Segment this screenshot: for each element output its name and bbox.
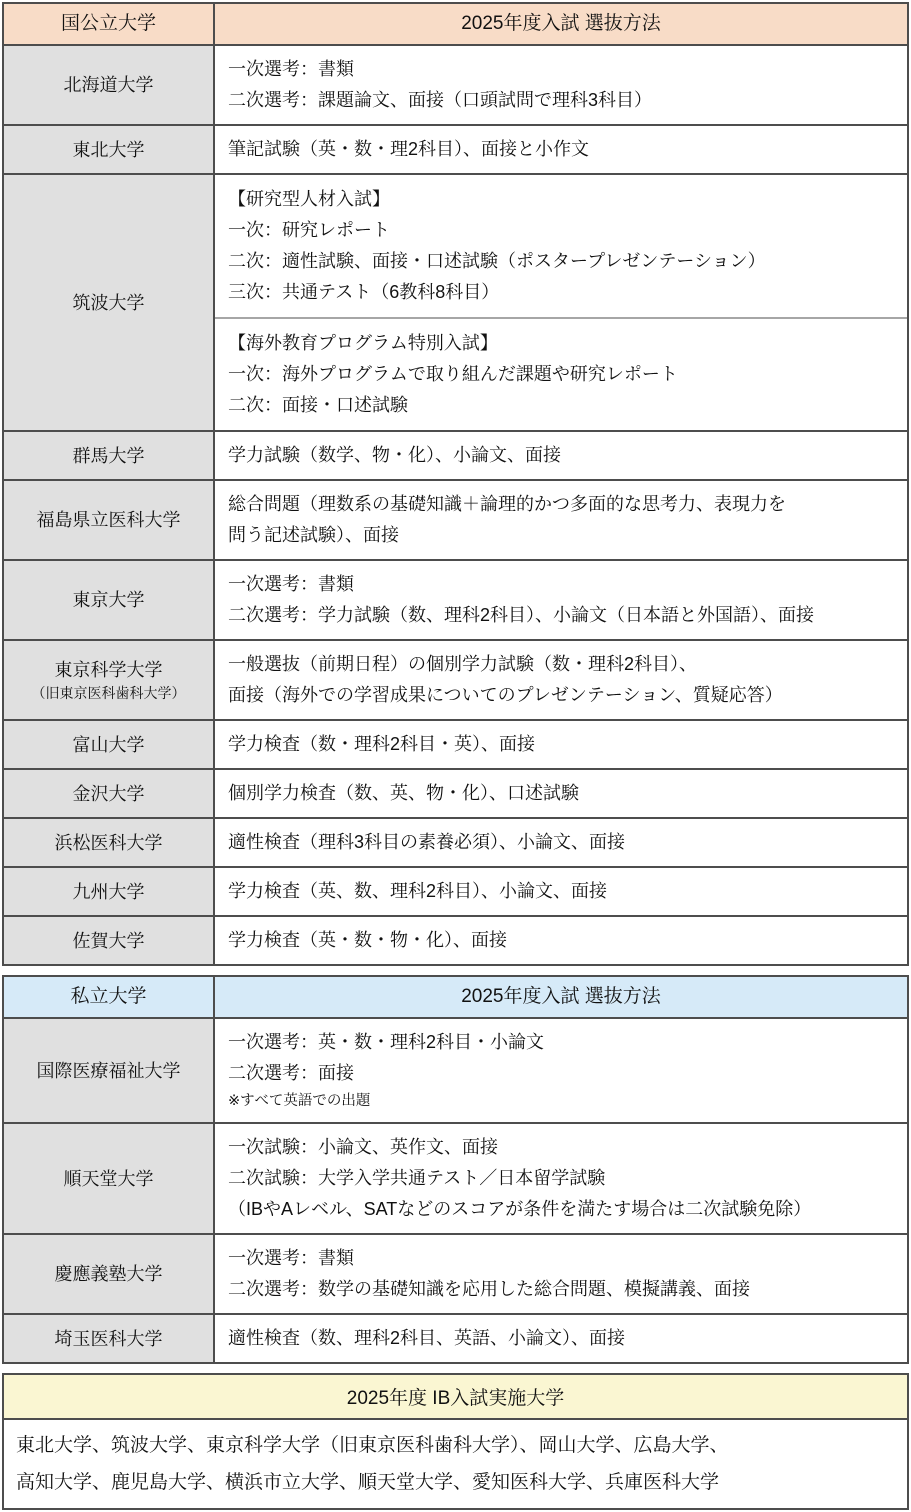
selection-method-cell: 総合問題（理数系の基礎知識＋論理的かつ多面的な思考力、表現力を問う記述試験）、面…	[215, 481, 907, 559]
university-name-cell: 東京科学大学（旧東京医科歯科大学）	[4, 641, 215, 719]
method-line: 三次：共通テスト（6教科8科目）	[228, 277, 894, 308]
method-line: 一次選考：書類	[228, 1243, 894, 1274]
university-name-cell: 慶應義塾大学	[4, 1235, 215, 1313]
method-line: 個別学力検査（数、英、物・化）、口述試験	[228, 778, 894, 809]
university-name-cell: 東京大学	[4, 561, 215, 639]
private-header-title: 2025年度入試 選抜方法	[215, 977, 907, 1017]
page: 国公立大学 2025年度入試 選抜方法 北海道大学一次選考：書類二次選考：課題論…	[0, 0, 911, 1512]
university-name: 国際医療福祉大学	[37, 1059, 181, 1083]
table-row: 浜松医科大学適性検査（理科3科目の素養必須）、小論文、面接	[4, 817, 907, 866]
university-name: 東京大学	[73, 588, 145, 612]
selection-method-cell: 個別学力検査（数、英、物・化）、口述試験	[215, 770, 907, 817]
selection-method-cell: 適性検査（数、理科2科目、英語、小論文）、面接	[215, 1315, 907, 1362]
method-line: 一次選考：書類	[228, 54, 894, 85]
university-name-cell: 佐賀大学	[4, 917, 215, 964]
university-name: 順天堂大学	[64, 1167, 154, 1191]
ib-header-row: 2025年度 IB入試実施大学	[4, 1375, 907, 1418]
method-line: 二次選考：面接	[228, 1058, 894, 1089]
selection-method-cell: 学力検査（数・理科2科目・英）、面接	[215, 721, 907, 768]
method-line: 【研究型人材入試】	[228, 184, 894, 215]
method-line: 総合問題（理数系の基礎知識＋論理的かつ多面的な思考力、表現力を	[228, 489, 894, 520]
national-universities-table: 国公立大学 2025年度入試 選抜方法 北海道大学一次選考：書類二次選考：課題論…	[2, 2, 909, 966]
university-name-cell: 国際医療福祉大学	[4, 1019, 215, 1122]
university-name: 慶應義塾大学	[55, 1262, 163, 1286]
university-name: 東京科学大学	[55, 658, 163, 682]
table-row: 福島県立医科大学総合問題（理数系の基礎知識＋論理的かつ多面的な思考力、表現力を問…	[4, 479, 907, 559]
table-row: 埼玉医科大学適性検査（数、理科2科目、英語、小論文）、面接	[4, 1313, 907, 1362]
method-line: 適性検査（理科3科目の素養必須）、小論文、面接	[228, 827, 894, 858]
university-name-cell: 富山大学	[4, 721, 215, 768]
method-line: 二次選考：数学の基礎知識を応用した総合問題、模擬講義、面接	[228, 1274, 894, 1305]
university-name-cell: 群馬大学	[4, 432, 215, 479]
table-row: 国際医療福祉大学一次選考：英・数・理科2科目・小論文二次選考：面接※すべて英語で…	[4, 1017, 907, 1122]
university-name-cell: 東北大学	[4, 126, 215, 173]
selection-method-cell: 学力試験（数学、物・化）、小論文、面接	[215, 432, 907, 479]
university-name: 富山大学	[73, 733, 145, 757]
ib-universities-table: 2025年度 IB入試実施大学 東北大学、筑波大学、東京科学大学（旧東京医科歯科…	[2, 1373, 909, 1510]
university-name: 筑波大学	[73, 291, 145, 315]
university-name-note: （旧東京医科歯科大学）	[32, 684, 186, 703]
selection-method-cell: 一次選考：英・数・理科2科目・小論文二次選考：面接※すべて英語での出題	[215, 1019, 907, 1122]
ib-universities-line: 高知大学、鹿児島大学、横浜市立大学、順天堂大学、愛知医科大学、兵庫医科大学	[16, 1464, 895, 1501]
method-line: 学力試験（数学、物・化）、小論文、面接	[228, 440, 894, 471]
table-row: 東京大学一次選考：書類二次選考：学力試験（数、理科2科目）、小論文（日本語と外国…	[4, 559, 907, 639]
table-row: 北海道大学一次選考：書類二次選考：課題論文、面接（口頭試問で理科3科目）	[4, 44, 907, 124]
method-line: 一次：海外プログラムで取り組んだ課題や研究レポート	[228, 359, 894, 390]
selection-method-cell: 一次試験：小論文、英作文、面接二次試験：大学入学共通テスト／日本留学試験（IBや…	[215, 1124, 907, 1233]
selection-method-cell: 学力検査（英・数・物・化）、面接	[215, 917, 907, 964]
selection-method-cell: 一次選考：書類二次選考：課題論文、面接（口頭試問で理科3科目）	[215, 46, 907, 124]
private-universities-table: 私立大学 2025年度入試 選抜方法 国際医療福祉大学一次選考：英・数・理科2科…	[2, 975, 909, 1364]
method-line: （IBやAレベル、SATなどのスコアが条件を満たす場合は二次試験免除）	[228, 1194, 894, 1225]
university-name-cell: 浜松医科大学	[4, 819, 215, 866]
table-row: 佐賀大学学力検査（英・数・物・化）、面接	[4, 915, 907, 964]
ib-body-row: 東北大学、筑波大学、東京科学大学（旧東京医科歯科大学）、岡山大学、広島大学、高知…	[4, 1418, 907, 1508]
ib-universities-list: 東北大学、筑波大学、東京科学大学（旧東京医科歯科大学）、岡山大学、広島大学、高知…	[4, 1420, 907, 1508]
selection-method-subcell: 【海外教育プログラム特別入試】一次：海外プログラムで取り組んだ課題や研究レポート…	[215, 317, 907, 430]
university-name-cell: 福島県立医科大学	[4, 481, 215, 559]
university-name: 浜松医科大学	[55, 831, 163, 855]
table-row: 群馬大学学力試験（数学、物・化）、小論文、面接	[4, 430, 907, 479]
method-line: 【海外教育プログラム特別入試】	[228, 328, 894, 359]
selection-method-cell: 一次選考：書類二次選考：数学の基礎知識を応用した総合問題、模擬講義、面接	[215, 1235, 907, 1313]
method-line: 二次選考：課題論文、面接（口頭試問で理科3科目）	[228, 85, 894, 116]
table-row: 順天堂大学一次試験：小論文、英作文、面接二次試験：大学入学共通テスト／日本留学試…	[4, 1122, 907, 1233]
national-header-row: 国公立大学 2025年度入試 選抜方法	[4, 4, 907, 44]
selection-method-cell: 一次選考：書類二次選考：学力試験（数、理科2科目）、小論文（日本語と外国語）、面…	[215, 561, 907, 639]
university-name: 北海道大学	[64, 73, 154, 97]
table-row: 東北大学筆記試験（英・数・理2科目）、面接と小作文	[4, 124, 907, 173]
method-line: 二次選考：学力試験（数、理科2科目）、小論文（日本語と外国語）、面接	[228, 600, 894, 631]
private-header-row: 私立大学 2025年度入試 選抜方法	[4, 977, 907, 1017]
method-line: 学力検査（数・理科2科目・英）、面接	[228, 729, 894, 760]
method-line: 適性検査（数、理科2科目、英語、小論文）、面接	[228, 1323, 894, 1354]
university-name-cell: 順天堂大学	[4, 1124, 215, 1233]
university-name: 東北大学	[73, 138, 145, 162]
selection-method-cell: 学力検査（英、数、理科2科目）、小論文、面接	[215, 868, 907, 915]
ib-universities-line: 東北大学、筑波大学、東京科学大学（旧東京医科歯科大学）、岡山大学、広島大学、	[16, 1427, 895, 1464]
method-line: 二次：面接・口述試験	[228, 390, 894, 421]
table-row: 東京科学大学（旧東京医科歯科大学）一般選抜（前期日程）の個別学力試験（数・理科2…	[4, 639, 907, 719]
method-line: 一般選抜（前期日程）の個別学力試験（数・理科2科目）、	[228, 649, 894, 680]
selection-method-cell: 筆記試験（英・数・理2科目）、面接と小作文	[215, 126, 907, 173]
method-line: 一次試験：小論文、英作文、面接	[228, 1132, 894, 1163]
university-name: 九州大学	[73, 880, 145, 904]
selection-method-cell: 【研究型人材入試】一次：研究レポート二次：適性試験、面接・口述試験（ポスタープレ…	[215, 175, 907, 430]
university-name-cell: 金沢大学	[4, 770, 215, 817]
method-line: 学力検査（英・数・物・化）、面接	[228, 925, 894, 956]
method-line: 学力検査（英、数、理科2科目）、小論文、面接	[228, 876, 894, 907]
table-row: 筑波大学【研究型人材入試】一次：研究レポート二次：適性試験、面接・口述試験（ポス…	[4, 173, 907, 430]
university-name: 金沢大学	[73, 782, 145, 806]
method-line: 問う記述試験）、面接	[228, 520, 894, 551]
method-line: 二次：適性試験、面接・口述試験（ポスタープレゼンテーション）	[228, 246, 894, 277]
selection-method-cell: 適性検査（理科3科目の素養必須）、小論文、面接	[215, 819, 907, 866]
selection-method-subcell: 【研究型人材入試】一次：研究レポート二次：適性試験、面接・口述試験（ポスタープレ…	[215, 175, 907, 317]
method-line: 一次選考：書類	[228, 569, 894, 600]
table-row: 慶應義塾大学一次選考：書類二次選考：数学の基礎知識を応用した総合問題、模擬講義、…	[4, 1233, 907, 1313]
university-name: 群馬大学	[73, 444, 145, 468]
university-name: 福島県立医科大学	[37, 508, 181, 532]
university-name-cell: 北海道大学	[4, 46, 215, 124]
university-name: 佐賀大学	[73, 929, 145, 953]
method-note: ※すべて英語での出題	[228, 1089, 894, 1114]
private-header-category: 私立大学	[4, 977, 215, 1017]
university-name-cell: 埼玉医科大学	[4, 1315, 215, 1362]
method-line: 一次選考：英・数・理科2科目・小論文	[228, 1027, 894, 1058]
table-row: 金沢大学個別学力検査（数、英、物・化）、口述試験	[4, 768, 907, 817]
national-header-title: 2025年度入試 選抜方法	[215, 4, 907, 44]
university-name-cell: 筑波大学	[4, 175, 215, 430]
method-line: 一次：研究レポート	[228, 215, 894, 246]
selection-method-cell: 一般選抜（前期日程）の個別学力試験（数・理科2科目）、面接（海外での学習成果につ…	[215, 641, 907, 719]
table-row: 富山大学学力検査（数・理科2科目・英）、面接	[4, 719, 907, 768]
university-name: 埼玉医科大学	[55, 1327, 163, 1351]
method-line: 筆記試験（英・数・理2科目）、面接と小作文	[228, 134, 894, 165]
table-row: 九州大学学力検査（英、数、理科2科目）、小論文、面接	[4, 866, 907, 915]
university-name-cell: 九州大学	[4, 868, 215, 915]
method-line: 面接（海外での学習成果についてのプレゼンテーション、質疑応答）	[228, 680, 894, 711]
method-line: 二次試験：大学入学共通テスト／日本留学試験	[228, 1163, 894, 1194]
national-header-category: 国公立大学	[4, 4, 215, 44]
